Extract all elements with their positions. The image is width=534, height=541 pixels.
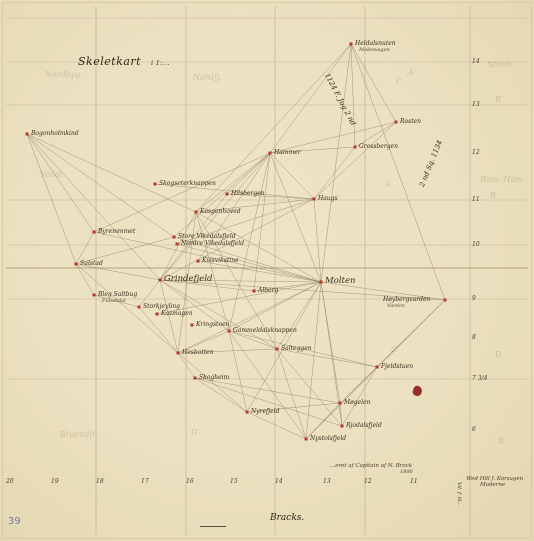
station-label-heldalsnuten: HeldalsnutenMaktsvagen xyxy=(355,40,396,54)
faint-pencil-note: A xyxy=(385,180,391,189)
station-marker[interactable] xyxy=(350,43,353,46)
station-marker[interactable] xyxy=(93,231,96,234)
map-title-text: Skeletkart xyxy=(78,55,141,68)
station-label-skogseterknappen: Skogseterknappen xyxy=(159,180,216,187)
bottom-tick-label: 13 xyxy=(323,478,331,485)
station-label-kvisvikstine: Kvisvikstine xyxy=(202,257,239,264)
right-tick-label: 8 xyxy=(472,334,476,341)
bottom-tick-label: 12 xyxy=(364,478,372,485)
station-name: Gammeldalsknappen xyxy=(233,327,297,334)
station-name: Hilsbergen xyxy=(231,190,265,197)
station-label-storkjeyling: Storkjeyling xyxy=(143,303,180,310)
faint-pencil-note: Vedal xyxy=(40,170,62,179)
station-name: Kasgenhoved xyxy=(200,208,241,215)
right-tick-label: 12 xyxy=(472,149,480,156)
signature: Bracks. xyxy=(270,513,304,523)
station-marker[interactable] xyxy=(395,121,398,124)
right-tick-label: 10 xyxy=(472,241,480,248)
station-label-nyrefjeld: Nyrefjeld xyxy=(251,408,279,415)
right-tick-label: 9 xyxy=(472,295,476,302)
station-label-hogbergvarden: HøybergvardenVarden xyxy=(383,296,430,310)
station-name: Nystolsfjeld xyxy=(310,435,346,442)
faint-pencil-note: D xyxy=(495,350,501,359)
station-name: Heldalsnuten xyxy=(355,40,396,47)
faint-pencil-note: Bom. Ham xyxy=(480,175,523,184)
bottom-tick-label: 16 xyxy=(186,478,194,485)
bottom-tick-label: 18 xyxy=(96,478,104,485)
station-points xyxy=(0,0,534,541)
station-label-bleg-saltbug: Bleg SaltbugFulsetdal xyxy=(98,291,137,305)
station-marker[interactable] xyxy=(75,263,78,266)
station-name: Alberg xyxy=(258,287,278,294)
station-marker[interactable] xyxy=(195,211,198,214)
triangulation-map: Skeletkart i 1:... NordbygNordfj.ACStrom… xyxy=(0,0,534,541)
station-name: Nordre Vikedalsfjeld xyxy=(181,240,244,247)
station-marker[interactable] xyxy=(26,133,29,136)
station-name: Byremmmet xyxy=(98,228,135,235)
faint-pencil-note: Strom xyxy=(487,60,512,69)
station-label-bogenhavn: Bogonholmkind xyxy=(31,130,79,137)
station-marker[interactable] xyxy=(276,348,279,351)
station-label-nordre-vikedal: Nordre Vikedalsfjeld xyxy=(181,240,244,247)
corner-note: Wed Hill f. Korsagen Moderne xyxy=(466,476,523,488)
faint-pencil-note: A xyxy=(408,68,414,77)
map-scale-note: i 1:... xyxy=(151,60,170,67)
station-marker[interactable] xyxy=(93,294,96,297)
station-label-gammeldalsknappen: Gammeldalsknappen xyxy=(233,327,297,334)
bottom-tick-label: 20 xyxy=(6,478,14,485)
station-name: Rosten xyxy=(400,118,421,125)
station-label-kringstoen: Kringstoen xyxy=(196,321,230,328)
station-label-alberg: Alberg xyxy=(258,287,278,294)
station-label-hesbotten: Hesbotten xyxy=(182,349,214,356)
station-marker[interactable] xyxy=(191,324,194,327)
right-tick-label: 11 xyxy=(472,196,480,203)
station-marker[interactable] xyxy=(228,330,231,333)
station-name: Hesbotten xyxy=(182,349,214,356)
station-name: Bleg Saltbug xyxy=(98,291,137,298)
station-marker[interactable] xyxy=(339,402,342,405)
station-marker[interactable] xyxy=(246,411,249,414)
station-marker[interactable] xyxy=(138,306,141,309)
bottom-tick-label: 11 xyxy=(410,478,418,485)
faint-pencil-note: B xyxy=(490,191,496,200)
station-label-mogelen: Møgelen xyxy=(344,399,370,406)
bottom-tick-label: 14 xyxy=(275,478,283,485)
station-marker[interactable] xyxy=(305,438,308,441)
signature-rule xyxy=(200,526,226,527)
station-marker[interactable] xyxy=(444,299,447,302)
station-label-rosten: Rosten xyxy=(400,118,421,125)
station-marker[interactable] xyxy=(159,279,162,282)
station-name: Kasmagen xyxy=(161,310,193,317)
station-name: Sulstad xyxy=(80,260,103,267)
station-name: Grossbergen xyxy=(359,143,398,150)
station-subname: Maktsvagen xyxy=(355,47,396,54)
station-name: Grindefjeld xyxy=(164,274,213,284)
right-tick-label: 7 3/4 xyxy=(472,375,487,382)
station-name: Bogonholmkind xyxy=(31,130,79,137)
station-name: Nyrefjeld xyxy=(251,408,279,415)
right-tick-label: 13 xyxy=(472,101,480,108)
faint-pencil-note: C xyxy=(396,77,402,86)
station-label-salteggen: Salteggen xyxy=(281,345,312,352)
station-label-haugs: Haugs xyxy=(318,195,338,202)
faint-pencil-note: Braendfi. xyxy=(60,430,97,439)
station-label-grindefjeld: Grindefjeld xyxy=(164,274,213,284)
station-label-byremmmet: Byremmmet xyxy=(98,228,135,235)
map-title: Skeletkart i 1:... xyxy=(78,55,170,68)
station-marker[interactable] xyxy=(154,183,157,186)
corner-note-sub: Moderne xyxy=(466,482,523,488)
station-marker[interactable] xyxy=(173,236,176,239)
station-label-rjodalsfjeld: Rjodalsfjeld xyxy=(346,422,382,429)
faint-pencil-note: D xyxy=(191,428,197,437)
faint-pencil-note: C xyxy=(391,345,397,354)
station-name: Skogseterknappen xyxy=(159,180,216,187)
station-label-store-vikedal: Store Vikedalsfjeld xyxy=(178,233,236,240)
station-name: Hammer xyxy=(274,149,301,156)
station-marker[interactable] xyxy=(156,313,159,316)
station-name: Salteggen xyxy=(281,345,312,352)
station-label-kasmagen: Kasmagen xyxy=(161,310,193,317)
station-name: Kringstoen xyxy=(196,321,230,328)
faint-pencil-note: Nordbyg xyxy=(45,70,81,79)
station-name: Høybergvarden xyxy=(383,296,430,303)
surveyor-note-year: 1800 xyxy=(330,469,413,475)
right-tick-label: 14 xyxy=(472,58,480,65)
station-label-skogheim: Skogheim xyxy=(199,374,229,381)
bottom-tick-label: 15 xyxy=(230,478,238,485)
station-marker[interactable] xyxy=(197,260,200,263)
station-marker[interactable] xyxy=(376,366,379,369)
station-label-sulstad: Sulstad xyxy=(80,260,103,267)
station-label-molten: Molten xyxy=(325,276,355,286)
station-marker[interactable] xyxy=(354,146,357,149)
surveyor-note: ...eret af Capitain af N. Brock 1800 xyxy=(330,463,413,475)
faint-pencil-note: B xyxy=(495,95,501,104)
faint-pencil-note: Nordfj. xyxy=(193,73,222,82)
station-name: Haugs xyxy=(318,195,338,202)
station-label-hilsbergen: Hilsbergen xyxy=(231,190,265,197)
station-marker[interactable] xyxy=(177,352,180,355)
station-name: Fjeldstuen xyxy=(381,363,413,370)
station-label-fjeldstuen: Fjeldstuen xyxy=(381,363,413,370)
station-marker[interactable] xyxy=(226,193,229,196)
station-subname: Varden xyxy=(383,303,430,310)
station-marker[interactable] xyxy=(269,152,272,155)
faint-pencil-note: B xyxy=(498,436,504,445)
station-marker[interactable] xyxy=(194,377,197,380)
station-label-kasgenhoved: Kasgenhoved xyxy=(200,208,241,215)
station-name: Kvisvikstine xyxy=(202,257,239,264)
station-name: Store Vikedalsfjeld xyxy=(178,233,236,240)
station-marker[interactable] xyxy=(320,281,323,284)
station-marker[interactable] xyxy=(253,290,256,293)
side-note: Vd. f. H... xyxy=(456,482,462,506)
station-label-grossbergen: Grossbergen xyxy=(359,143,398,150)
station-marker[interactable] xyxy=(341,425,344,428)
station-marker[interactable] xyxy=(313,198,316,201)
station-marker[interactable] xyxy=(176,243,179,246)
station-name: Rjodalsfjeld xyxy=(346,422,382,429)
station-subname: Fulsetdal xyxy=(98,298,137,305)
bottom-tick-label: 17 xyxy=(141,478,149,485)
station-name: Molten xyxy=(325,276,355,286)
bottom-tick-label: 19 xyxy=(51,478,59,485)
station-name: Skogheim xyxy=(199,374,229,381)
right-tick-label: 6 xyxy=(472,426,476,433)
station-name: Storkjeyling xyxy=(143,303,180,310)
station-name: Møgelen xyxy=(344,399,370,406)
page-number: 39 xyxy=(8,516,21,527)
station-label-hammer: Hammer xyxy=(274,149,301,156)
station-label-nystolsfjeld: Nystolsfjeld xyxy=(310,435,346,442)
